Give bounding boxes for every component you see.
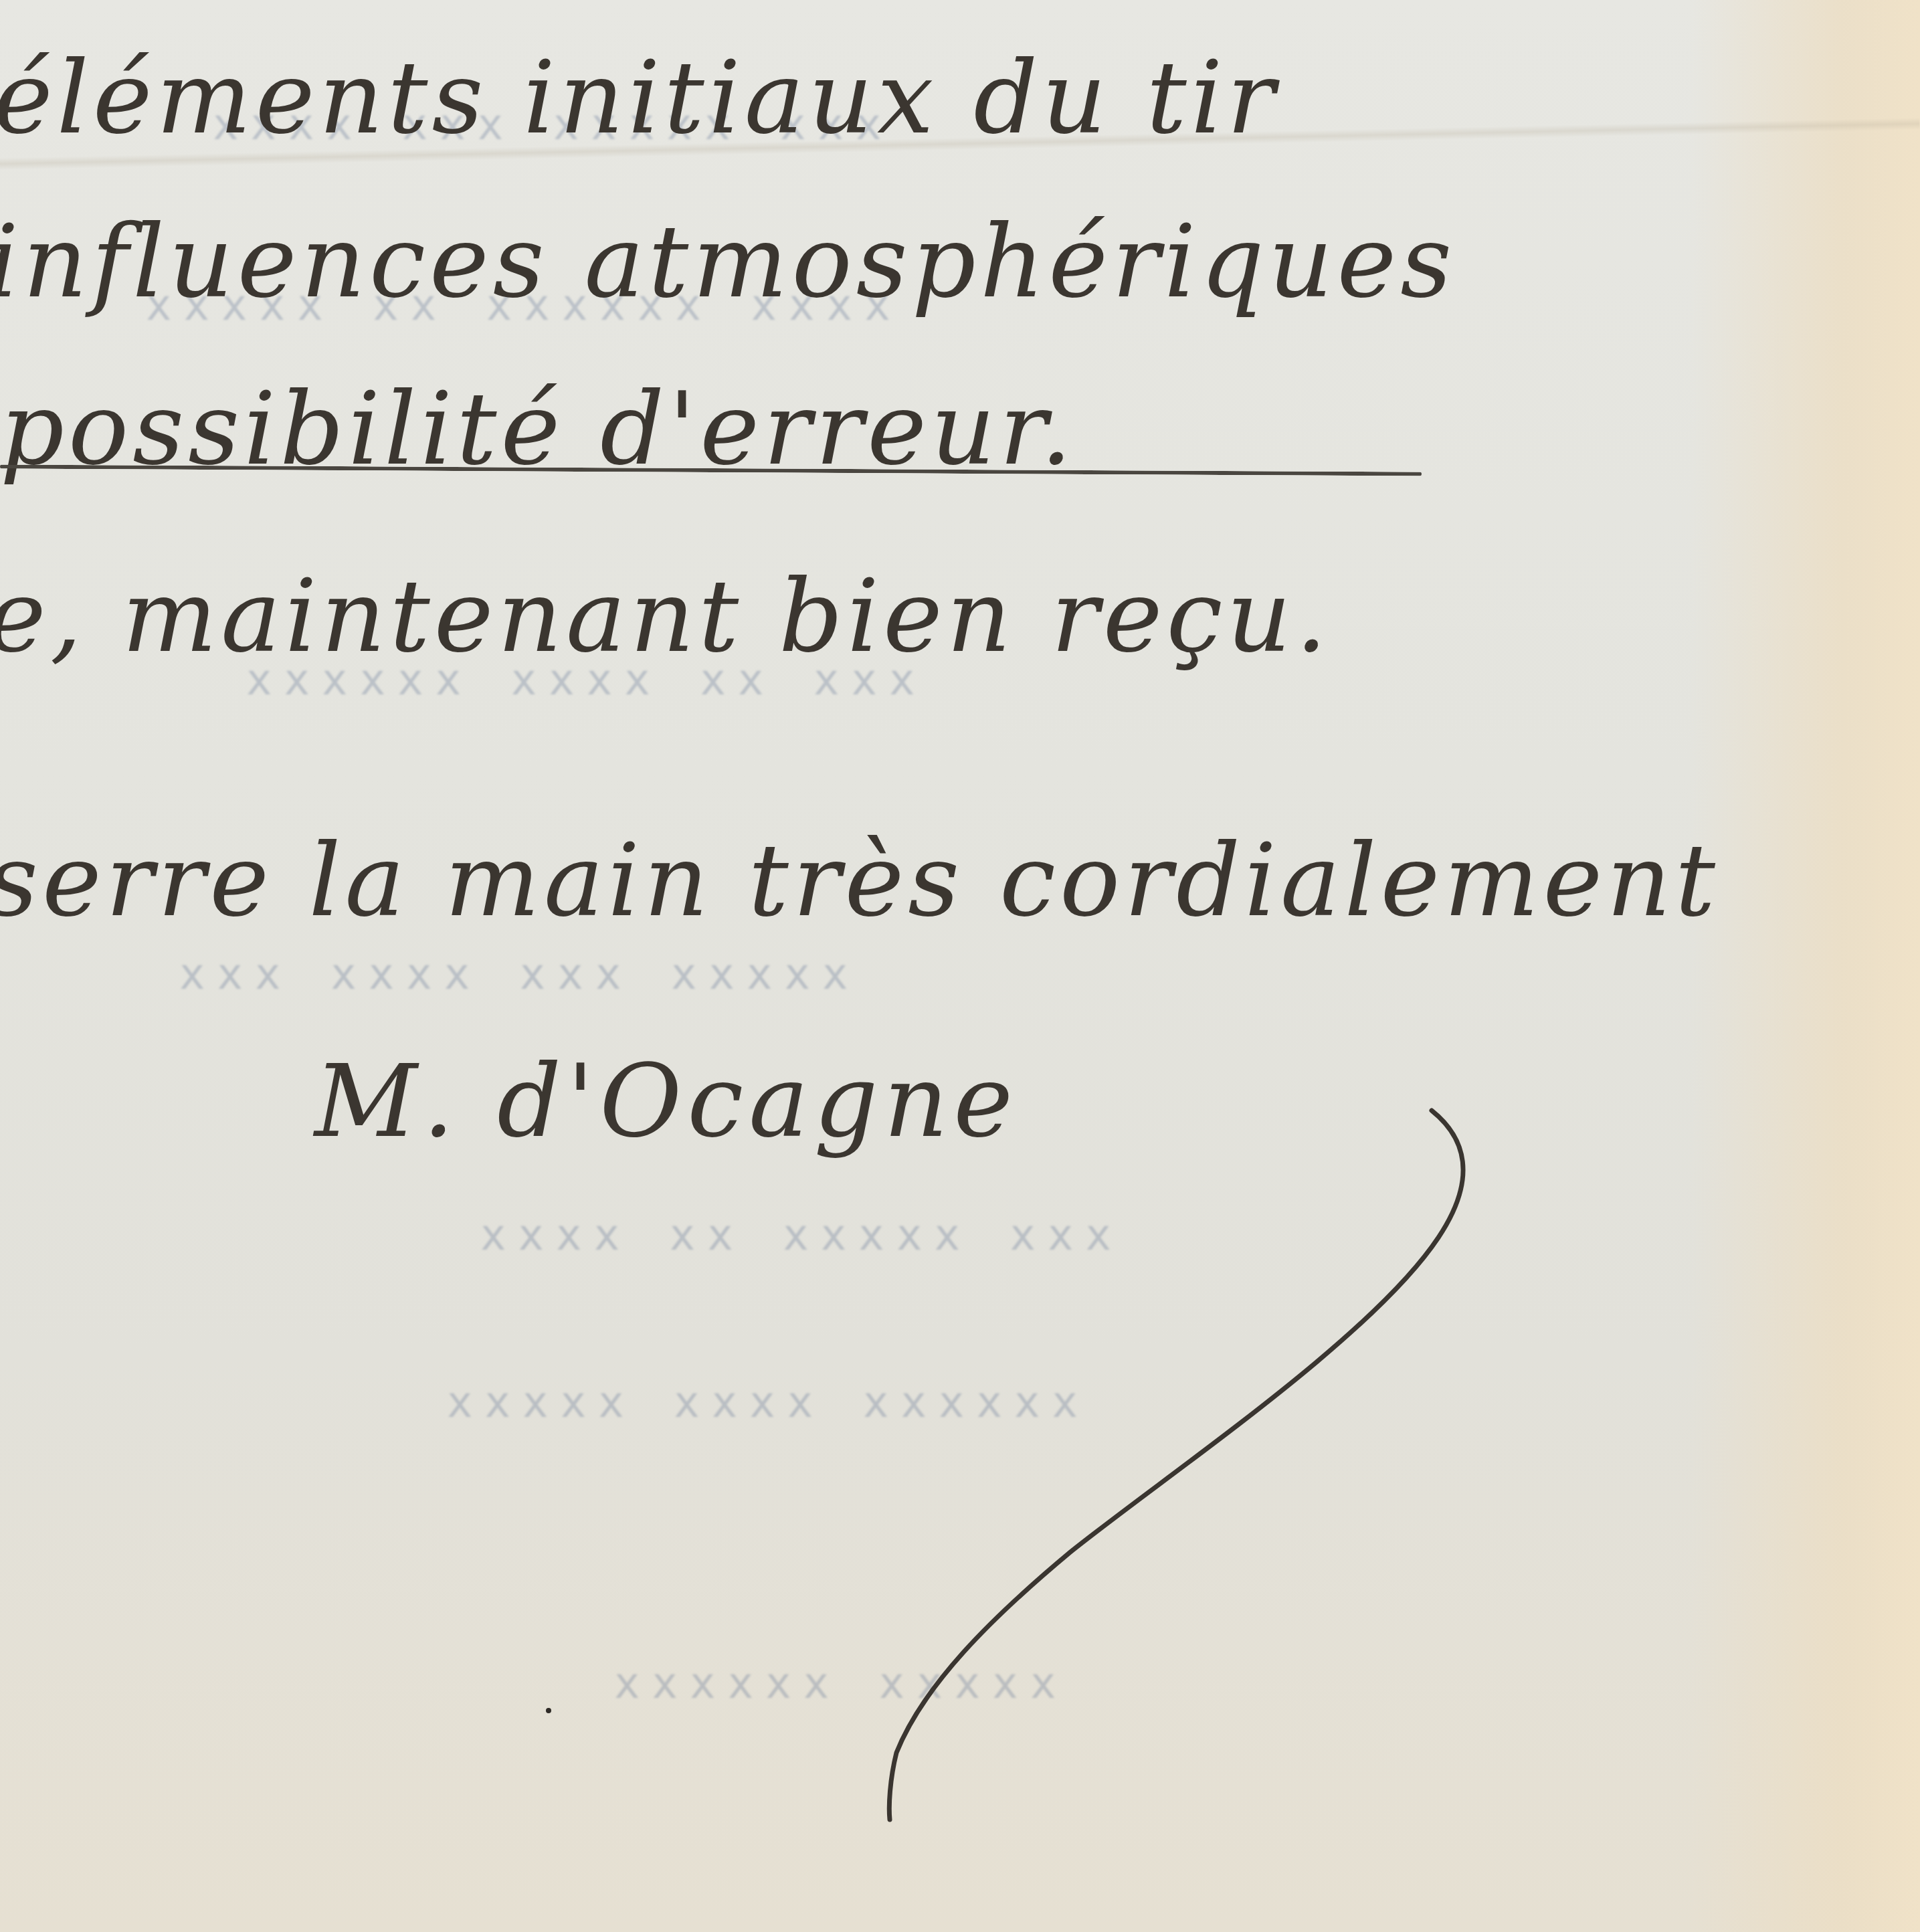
signature: M. d'Ocagne bbox=[314, 1044, 1018, 1160]
bleed-through-text: xxx xxxxx xx xxxx bbox=[468, 1211, 1111, 1260]
bleed-through-text: xxxxxx xxxx xxxxx bbox=[435, 1378, 1078, 1428]
ink-dot bbox=[546, 1708, 551, 1713]
handwritten-line-2: influences atmosphériques bbox=[0, 204, 1456, 320]
bleed-through-text: xxxxx xxxxxx bbox=[602, 1659, 1056, 1709]
handwritten-line-5: serre la main très cordialement bbox=[0, 823, 1719, 939]
letter-sheet: xxx xxxxx xxx xxxx xxxx xxxxxx xx xxxxx … bbox=[0, 0, 1920, 1932]
handwritten-line-4: e, maintenant bien reçu. bbox=[0, 559, 1331, 675]
handwritten-line-1: éléments initiaux du tir bbox=[0, 40, 1278, 157]
bleed-through-text: xxxxx xxx xxxx xxx bbox=[167, 950, 848, 999]
